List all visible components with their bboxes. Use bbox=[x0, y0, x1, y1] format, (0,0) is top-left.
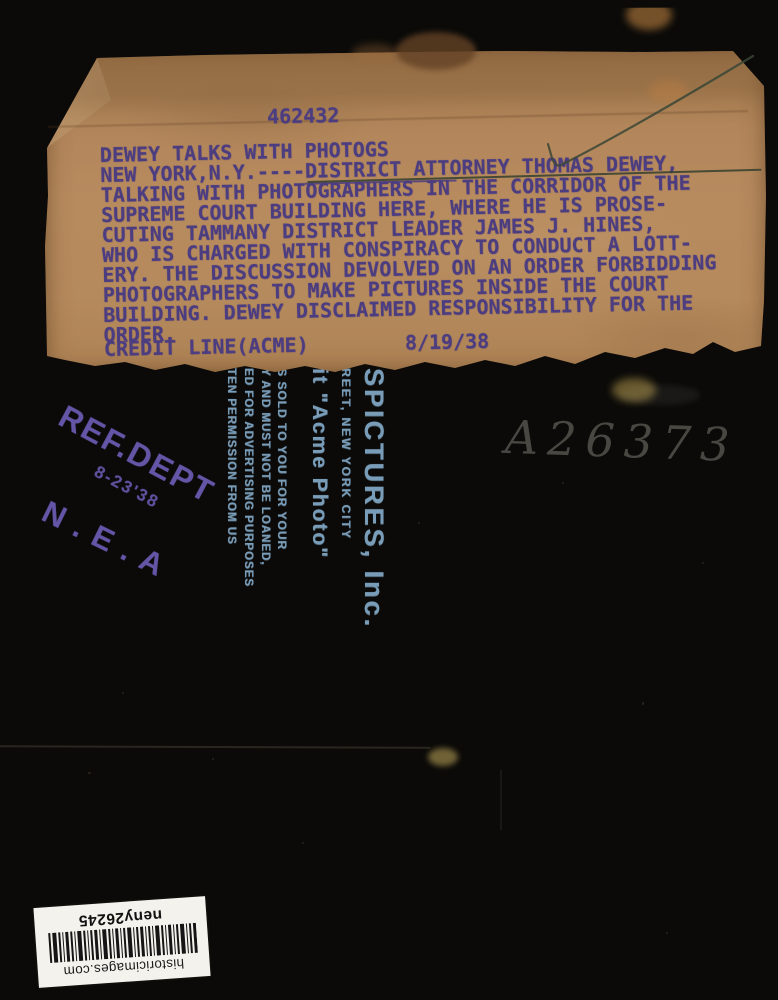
acme-stamp-terms-2: Y AND MUST NOT BE LOANED, bbox=[257, 368, 272, 648]
handwritten-id: A26373 bbox=[504, 410, 739, 472]
scanned-photo-back: { "caption": { "serial": "462432", "line… bbox=[0, 0, 778, 1000]
paper-speck bbox=[418, 522, 420, 524]
paper-speck bbox=[642, 702, 644, 705]
inventory-sticker: historicimages.com neny26245 bbox=[33, 896, 210, 988]
paper-speck bbox=[212, 758, 214, 760]
nea-stamp: N.E.A bbox=[36, 494, 180, 589]
paper-speck bbox=[88, 772, 91, 774]
acme-stamp-header: SPICTURES, Inc. bbox=[357, 368, 391, 648]
acme-stamp-terms-3: ED FOR ADVERTISING PURPOSES bbox=[240, 368, 255, 648]
acme-stamp-address: REET, NEW YORK CITY bbox=[338, 368, 354, 648]
acme-stamp-credit: it "Acme Photo" bbox=[303, 368, 335, 648]
caption-text: DEWEY TALKS WITH PHOTOGS NEW YORK,N.Y.--… bbox=[100, 132, 718, 359]
paper-speck bbox=[122, 692, 124, 694]
stain bbox=[396, 32, 476, 70]
paper-speck bbox=[562, 482, 564, 484]
stain bbox=[648, 80, 688, 102]
paper-crease bbox=[500, 770, 502, 830]
photo-paper-back: SPICTURES, Inc. REET, NEW YORK CITY it "… bbox=[0, 0, 778, 1000]
acme-stamp-terms-4: TEN PERMISSION FROM US bbox=[223, 368, 238, 648]
stain bbox=[612, 378, 656, 402]
paper-crease bbox=[0, 745, 430, 748]
serial-number: 462432 bbox=[267, 105, 340, 127]
stain bbox=[626, 0, 672, 30]
acme-stamp-terms-1: S SOLD TO YOU FOR YOUR bbox=[274, 368, 289, 648]
paper-speck bbox=[702, 562, 704, 564]
stain bbox=[428, 748, 458, 766]
acme-pictures-stamp: SPICTURES, Inc. REET, NEW YORK CITY it "… bbox=[211, 368, 391, 648]
stain bbox=[352, 44, 398, 62]
paper-speck bbox=[666, 932, 668, 934]
paper-speck bbox=[302, 842, 304, 844]
